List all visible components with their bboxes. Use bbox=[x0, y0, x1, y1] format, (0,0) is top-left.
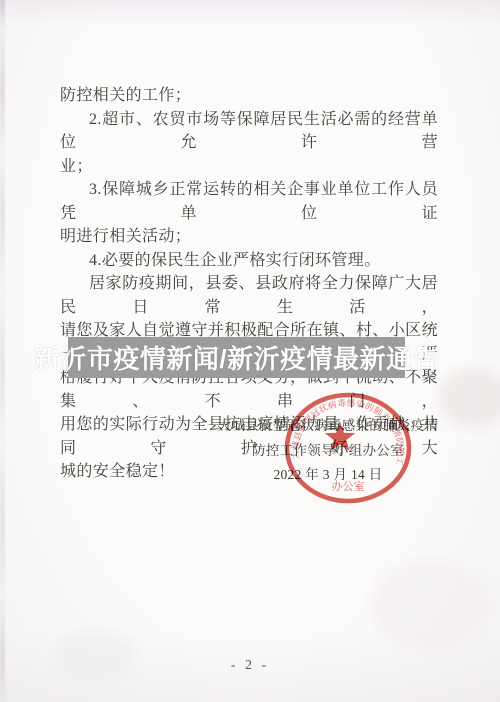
doc-line: 4.必要的保民生企业严格实行闭环管理。 bbox=[60, 249, 438, 273]
seal-bottom-text: 办公室 bbox=[332, 479, 365, 493]
doc-line: 3.保障城乡正常运转的相关企事业单位工作人员凭单位证 bbox=[60, 178, 438, 225]
news-caption-bar: 新沂市疫情新闻/新沂疫情最新通告 bbox=[68, 337, 405, 378]
doc-line: 业； bbox=[60, 155, 438, 179]
seal-arc-text: 大城县新型冠状病毒感染的肺炎疫情防控工作领导小组 bbox=[281, 391, 407, 467]
official-red-seal: 大城县新型冠状病毒感染的肺炎疫情防控工作领导小组 办公室 bbox=[281, 391, 415, 507]
photo-smudge bbox=[438, 368, 500, 428]
seal-star-icon bbox=[325, 422, 355, 451]
photo-left-edge-shadow bbox=[0, 0, 5, 702]
page-number: - 2 - bbox=[0, 658, 500, 674]
doc-line: 2.超市、农贸市场等保障居民生活必需的经营单位允许营 bbox=[60, 108, 438, 155]
doc-line: 防控相关的工作； bbox=[60, 84, 438, 108]
doc-line: 居家防疫期间，县委、县政府将全力保障广大居民日常生活， bbox=[60, 272, 438, 319]
doc-line: 明进行相关活动； bbox=[60, 225, 438, 249]
photographed-document-page: 防控相关的工作； 2.超市、农贸市场等保障居民生活必需的经营单位允许营 业； 3… bbox=[0, 0, 500, 702]
photo-smudge bbox=[370, 560, 490, 650]
news-caption-title: 新沂市疫情新闻/新沂疫情最新通告 bbox=[34, 339, 439, 376]
